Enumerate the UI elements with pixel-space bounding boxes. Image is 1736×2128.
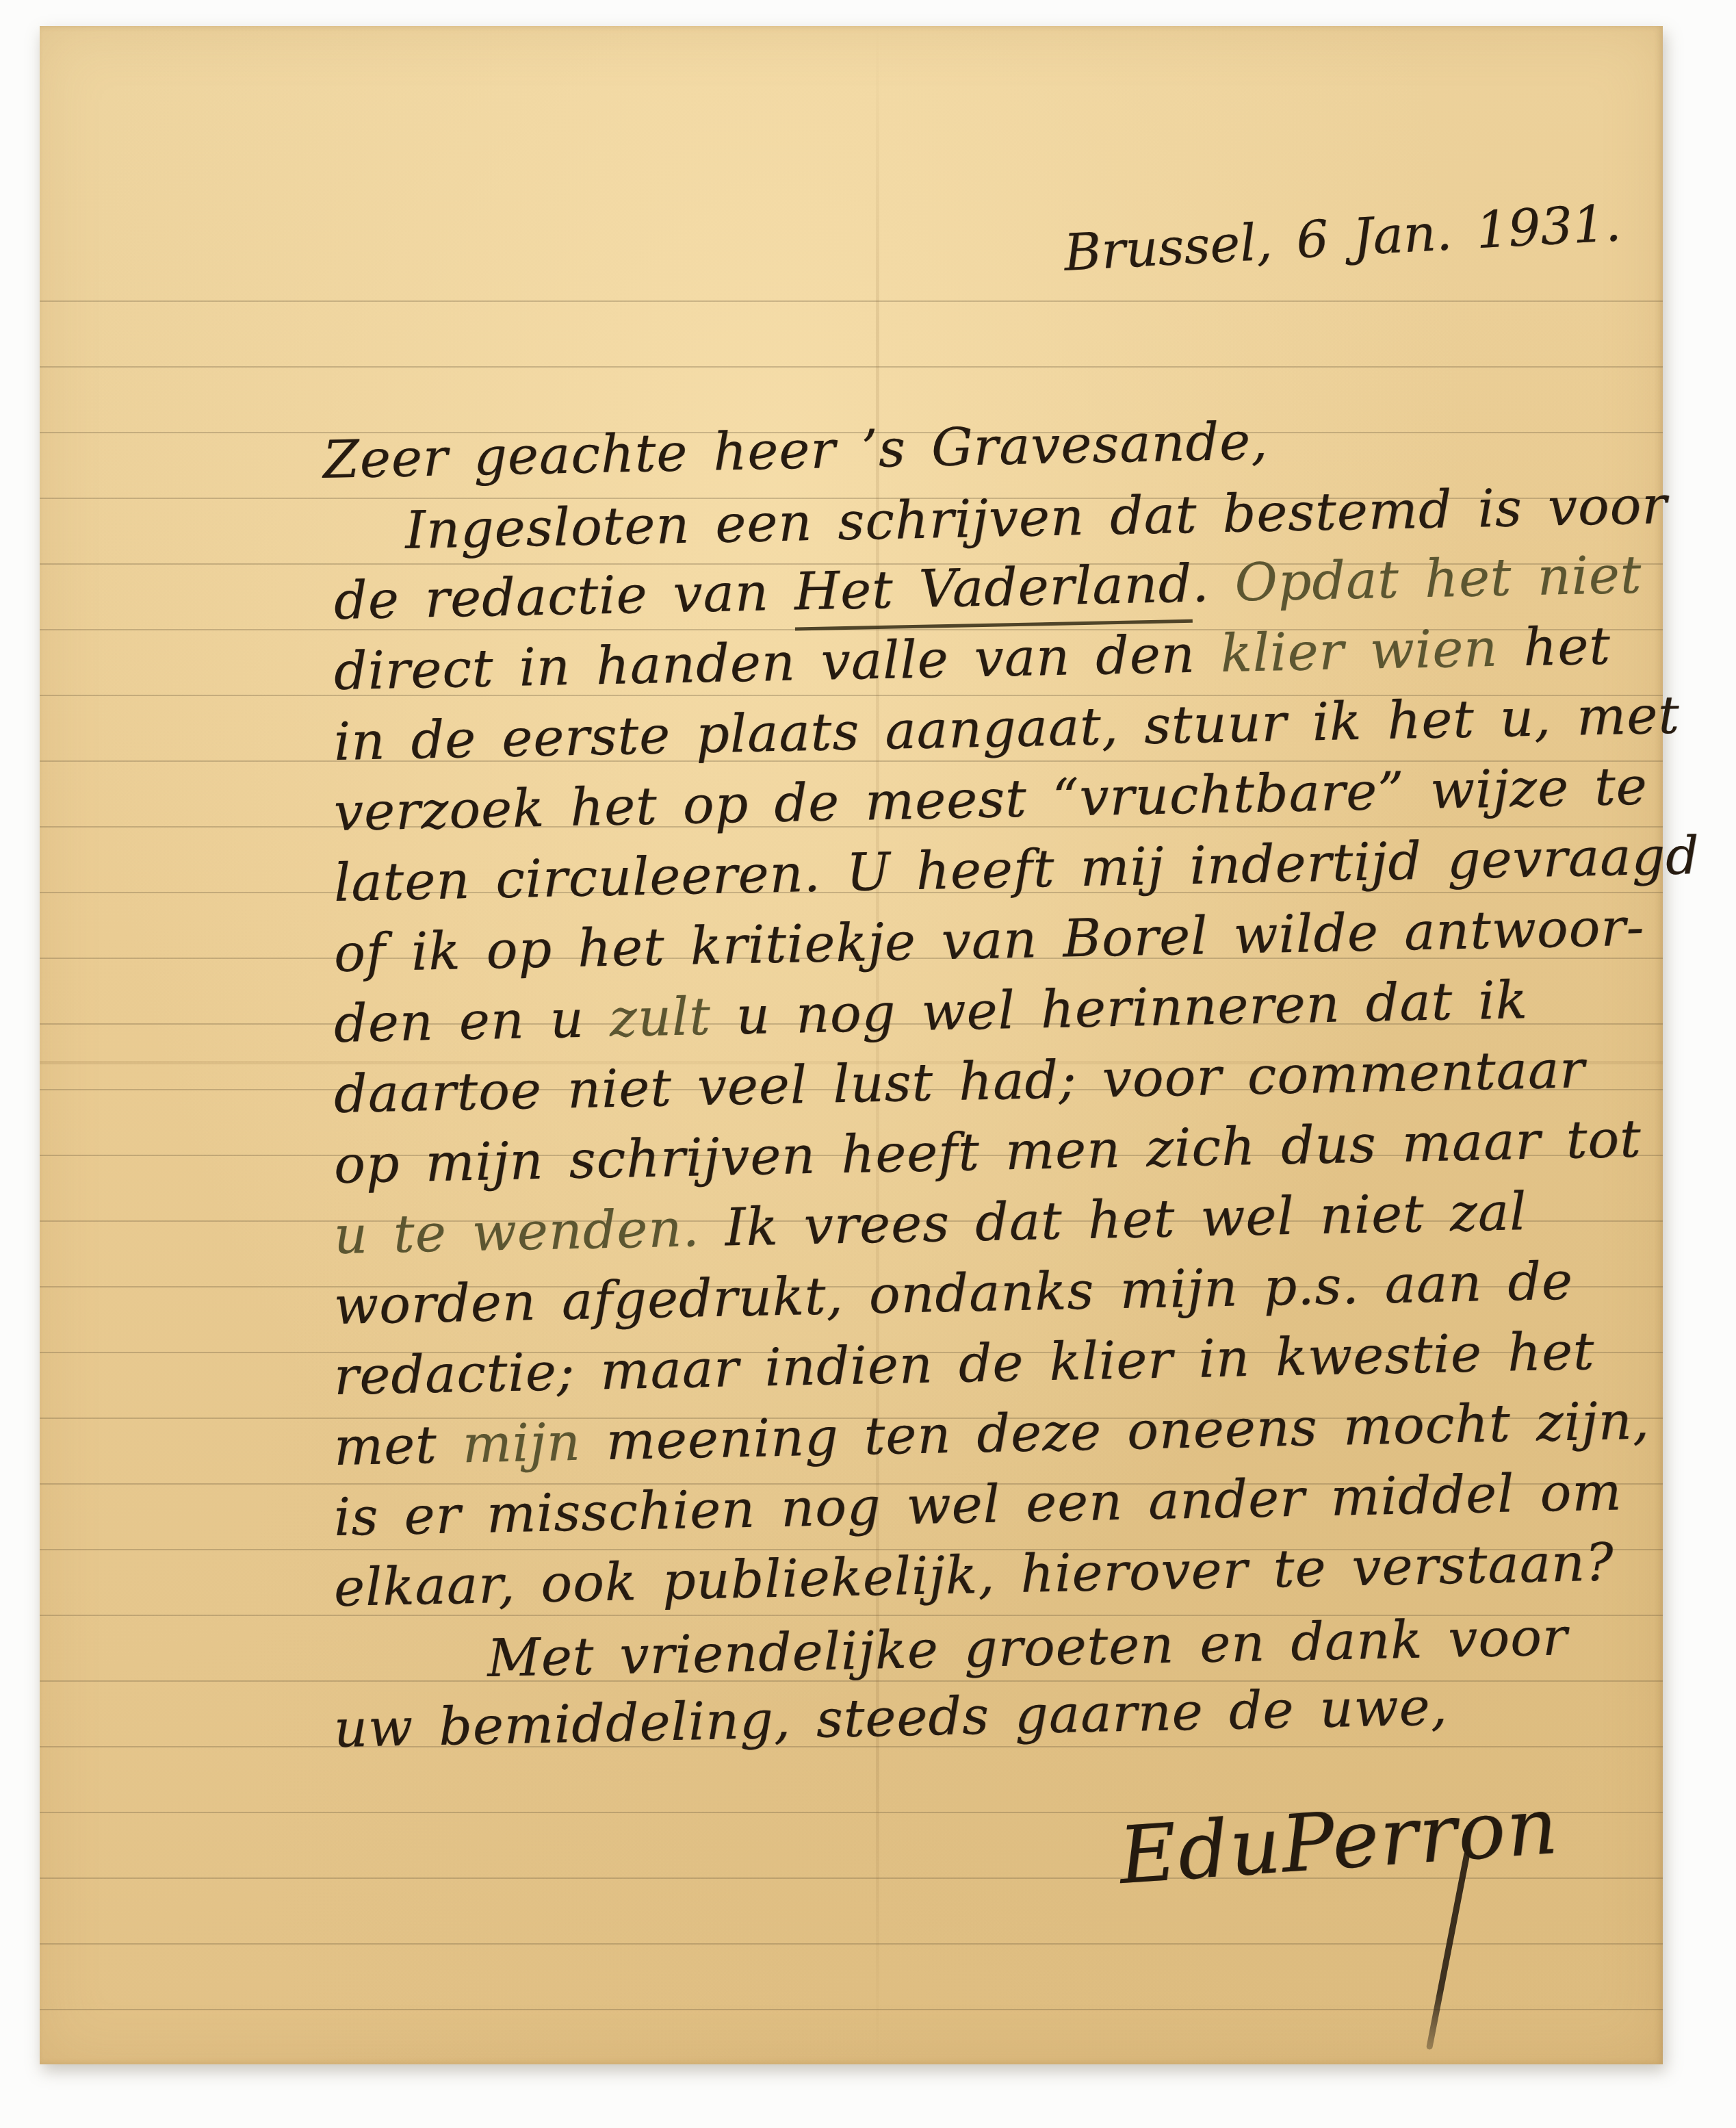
signature-text: EduPerron [1116, 1780, 1562, 1903]
line-segment: uw bemiddeling, steeds gaarne de uwe, [333, 1676, 1448, 1759]
date-text: Brussel, 6 Jan. 1931. [1063, 194, 1622, 283]
